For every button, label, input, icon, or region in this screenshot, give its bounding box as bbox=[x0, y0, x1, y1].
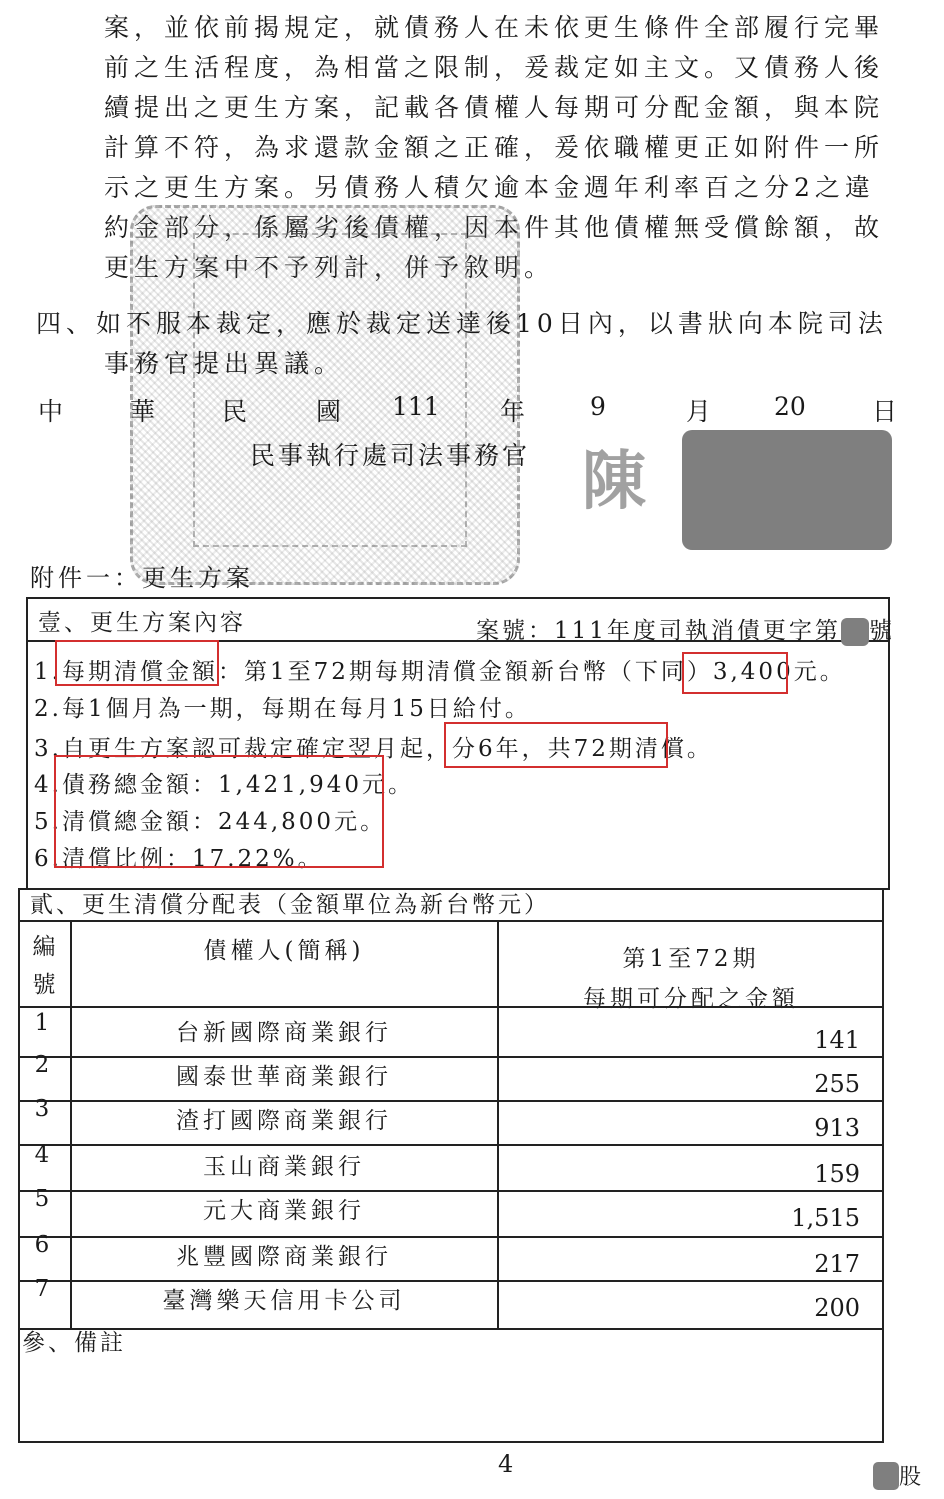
item-number: 2. bbox=[34, 696, 62, 722]
section1-heading: 壹、更生方案內容 bbox=[38, 604, 246, 637]
col-header-no-2: 號 bbox=[24, 966, 68, 999]
row-creditor: 玉山商業銀行 bbox=[72, 1148, 496, 1181]
item-end: 。 bbox=[820, 659, 846, 685]
page-number: 4 bbox=[498, 1450, 513, 1478]
section2-heading: 貳、更生清償分配表（金額單位為新台幣元） bbox=[30, 886, 550, 919]
row-amount: 913 bbox=[500, 1114, 860, 1142]
row-no: 2 bbox=[24, 1052, 64, 1078]
row-no: 1 bbox=[24, 1010, 64, 1036]
attachment-title: 附件一：更生方案 bbox=[30, 558, 254, 593]
case-number-prefix: 案號：111年度司執消債更字第 bbox=[476, 618, 841, 644]
paragraph-line: 計算不符，為求還款金額之正確，爰依職權更正如附件一所 bbox=[104, 128, 910, 168]
date-char: 華 bbox=[130, 392, 155, 428]
col-header-amount-1: 第1至72期 bbox=[499, 940, 883, 973]
date-char: 國 bbox=[316, 392, 341, 428]
date-year-label: 年 bbox=[500, 392, 525, 428]
highlight-box bbox=[444, 722, 668, 768]
date-char: 民 bbox=[222, 392, 247, 428]
row-creditor: 國泰世華商業銀行 bbox=[72, 1058, 496, 1091]
item-four-line2: 事務官提出異議。 bbox=[104, 344, 344, 380]
item-four-line1: 四、如不服本裁定，應於裁定送達後10日內，以書狀向本院司法 bbox=[36, 304, 888, 340]
date-year: 111 bbox=[392, 392, 440, 421]
date-month: 9 bbox=[590, 392, 606, 421]
paragraph-line: 續提出之更生方案，記載各債權人每期可分配金額，與本院 bbox=[104, 88, 910, 128]
row-creditor: 臺灣樂天信用卡公司 bbox=[72, 1282, 496, 1315]
row-creditor: 渣打國際商業銀行 bbox=[72, 1102, 496, 1135]
paragraph-line: 案，並依前揭規定，就債務人在未依更生條件全部履行完畢 bbox=[104, 8, 910, 48]
division-suffix: 股 bbox=[899, 1460, 921, 1491]
row-no: 6 bbox=[24, 1232, 64, 1258]
col-header-no-1: 編 bbox=[24, 928, 68, 961]
row-amount: 1,515 bbox=[500, 1204, 860, 1232]
row-no: 4 bbox=[24, 1142, 64, 1168]
redacted-name bbox=[682, 430, 892, 550]
paragraph-line: 前之生活程度，為相當之限制，爰裁定如主文。又債務人後 bbox=[104, 48, 910, 88]
row-amount: 159 bbox=[500, 1160, 860, 1188]
date-day: 20 bbox=[774, 392, 806, 421]
divider bbox=[18, 1006, 884, 1008]
row-amount: 200 bbox=[500, 1294, 860, 1322]
row-divider bbox=[18, 1328, 884, 1330]
seal-inner-border bbox=[193, 233, 467, 547]
row-no: 5 bbox=[24, 1186, 64, 1212]
date-char: 中 bbox=[38, 392, 63, 428]
col-header-creditor: 債權人(簡稱) bbox=[72, 932, 496, 965]
row-amount: 141 bbox=[500, 1026, 860, 1054]
officer-title: 民事執行處司法事務官 bbox=[250, 436, 530, 472]
redacted-case-number bbox=[841, 618, 869, 646]
row-creditor: 元大商業銀行 bbox=[72, 1192, 496, 1225]
divider bbox=[18, 920, 884, 922]
signature: 陳 bbox=[582, 430, 646, 522]
row-amount: 255 bbox=[500, 1070, 860, 1098]
row-no: 7 bbox=[24, 1276, 64, 1302]
item-text: 每1個月為一期，每期在每月15日給付。 bbox=[62, 696, 531, 722]
col-header-amount-2: 每期可分配之金額 bbox=[499, 980, 883, 1013]
item-end: 。 bbox=[687, 736, 713, 762]
redacted-division bbox=[873, 1462, 899, 1490]
date-day-label: 日 bbox=[872, 392, 897, 428]
highlight-box bbox=[55, 640, 219, 686]
date-month-label: 月 bbox=[686, 392, 711, 428]
row-creditor: 台新國際商業銀行 bbox=[72, 1014, 496, 1047]
highlight-box bbox=[682, 652, 788, 694]
section3-heading: 參、備註 bbox=[22, 1324, 126, 1357]
case-number: 案號：111年度司執消債更字第號 bbox=[476, 612, 895, 646]
row-creditor: 兆豐國際商業銀行 bbox=[72, 1238, 496, 1271]
plan-item-2: 2.每1個月為一期，每期在每月15日給付。 bbox=[34, 690, 531, 723]
highlight-box bbox=[54, 755, 384, 868]
paragraph-line: 示之更生方案。另債務人積欠逾本金週年利率百之分2之違 bbox=[104, 168, 910, 208]
case-number-suffix: 號 bbox=[869, 618, 895, 644]
row-amount: 217 bbox=[500, 1250, 860, 1278]
row-divider bbox=[18, 1144, 884, 1146]
row-no: 3 bbox=[24, 1096, 64, 1122]
item-text: ：第1至72期每期清償金額新台幣（下同） bbox=[218, 659, 713, 685]
